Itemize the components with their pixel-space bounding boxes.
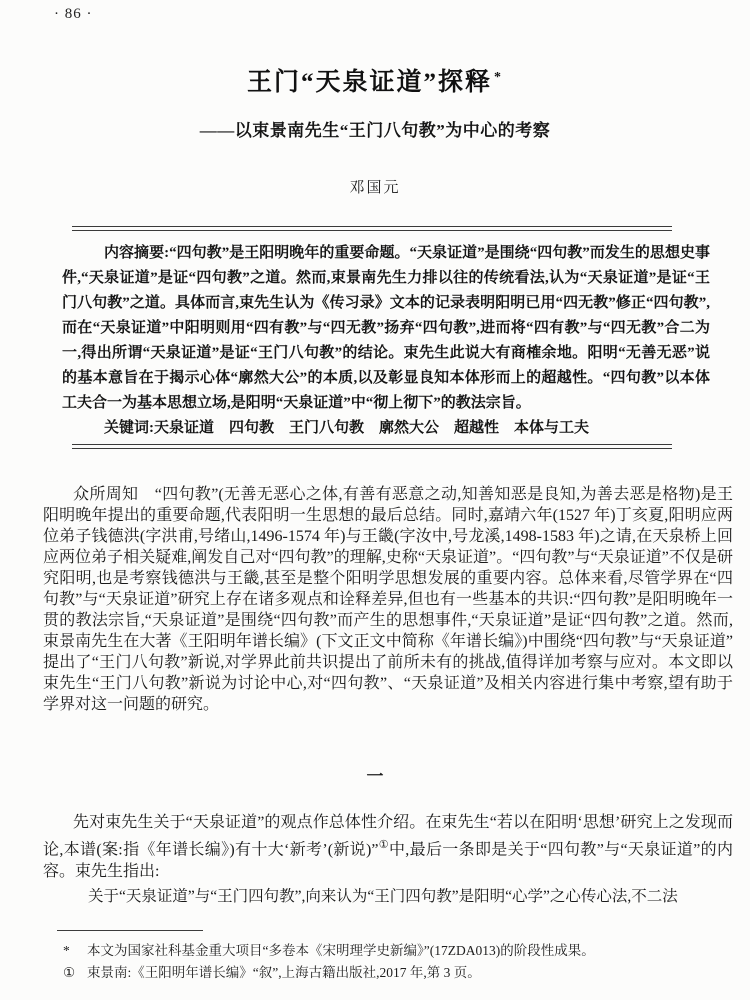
article-subtitle: ——以束景南先生“王门八句教”为中心的考察 [0, 116, 750, 141]
footnote-item: * 本文为国家社科基金重大项目“多卷本《宋明理学史新编》”(17ZDA013)的… [57, 940, 712, 962]
body-paragraph-2: 先对束先生关于“天泉证道”的观点作总体性介绍。在束先生“若以在阳明‘思想’研究上… [43, 812, 733, 883]
abstract-label: 内容摘要: [104, 245, 169, 261]
footnote-divider [57, 930, 203, 931]
author-name: 邓国元 [0, 176, 750, 197]
abstract-text: “四句教”是王阳明晚年的重要命题。“天泉证道”是围绕“四句教”而发生的思想史事件… [62, 245, 710, 411]
abstract-bottom-rule [72, 444, 672, 449]
keywords-line: 关键词:天泉证道 四句教 王门八句教 廓然大公 超越性 本体与工夫 [62, 416, 710, 441]
section-heading-one: 一 [0, 762, 750, 787]
footnote-item: ① 束景南:《王阳明年谱长编》“叙”,上海古籍出版社,2017 年,第 3 页。 [57, 962, 712, 984]
article-title: 王门“天泉证道”探释* [0, 62, 750, 98]
footnote-marker: * [63, 940, 81, 962]
footnote-ref-1: ① [378, 839, 389, 851]
footnote-text: 束景南:《王阳明年谱长编》“叙”,上海古籍出版社,2017 年,第 3 页。 [87, 962, 712, 984]
keywords-text: 天泉证道 四句教 王门八句教 廓然大公 超越性 本体与工夫 [154, 420, 589, 436]
abstract-paragraph: 内容摘要:“四句教”是王阳明晚年的重要命题。“天泉证道”是围绕“四句教”而发生的… [62, 241, 710, 416]
paper-page: · 86 · 王门“天泉证道”探释* ——以束景南先生“王门八句教”为中心的考察… [0, 0, 750, 1000]
footnote-marker: ① [63, 962, 81, 984]
keywords-label: 关键词: [104, 420, 154, 436]
footnotes-section: * 本文为国家社科基金重大项目“多卷本《宋明理学史新编》”(17ZDA013)的… [57, 930, 712, 984]
abstract-section: 内容摘要:“四句教”是王阳明晚年的重要命题。“天泉证道”是围绕“四句教”而发生的… [60, 226, 710, 449]
article-title-text: 王门“天泉证道”探释 [247, 69, 492, 96]
body-paragraph-1: 众所周知 “四句教”(无善无恶心之体,有善有恶意之动,知善知恶是良知,为善去恶是… [43, 484, 733, 715]
page-number: · 86 · [54, 6, 93, 23]
title-footnote-star: * [494, 70, 503, 85]
block-quote: 关于“天泉证道”与“王门四句教”,向来认为“王门四句教”是阳明“心学”之心传心法… [43, 886, 735, 907]
abstract-top-rule [72, 226, 672, 231]
footnote-text: 本文为国家社科基金重大项目“多卷本《宋明理学史新编》”(17ZDA013)的阶段… [87, 940, 712, 962]
